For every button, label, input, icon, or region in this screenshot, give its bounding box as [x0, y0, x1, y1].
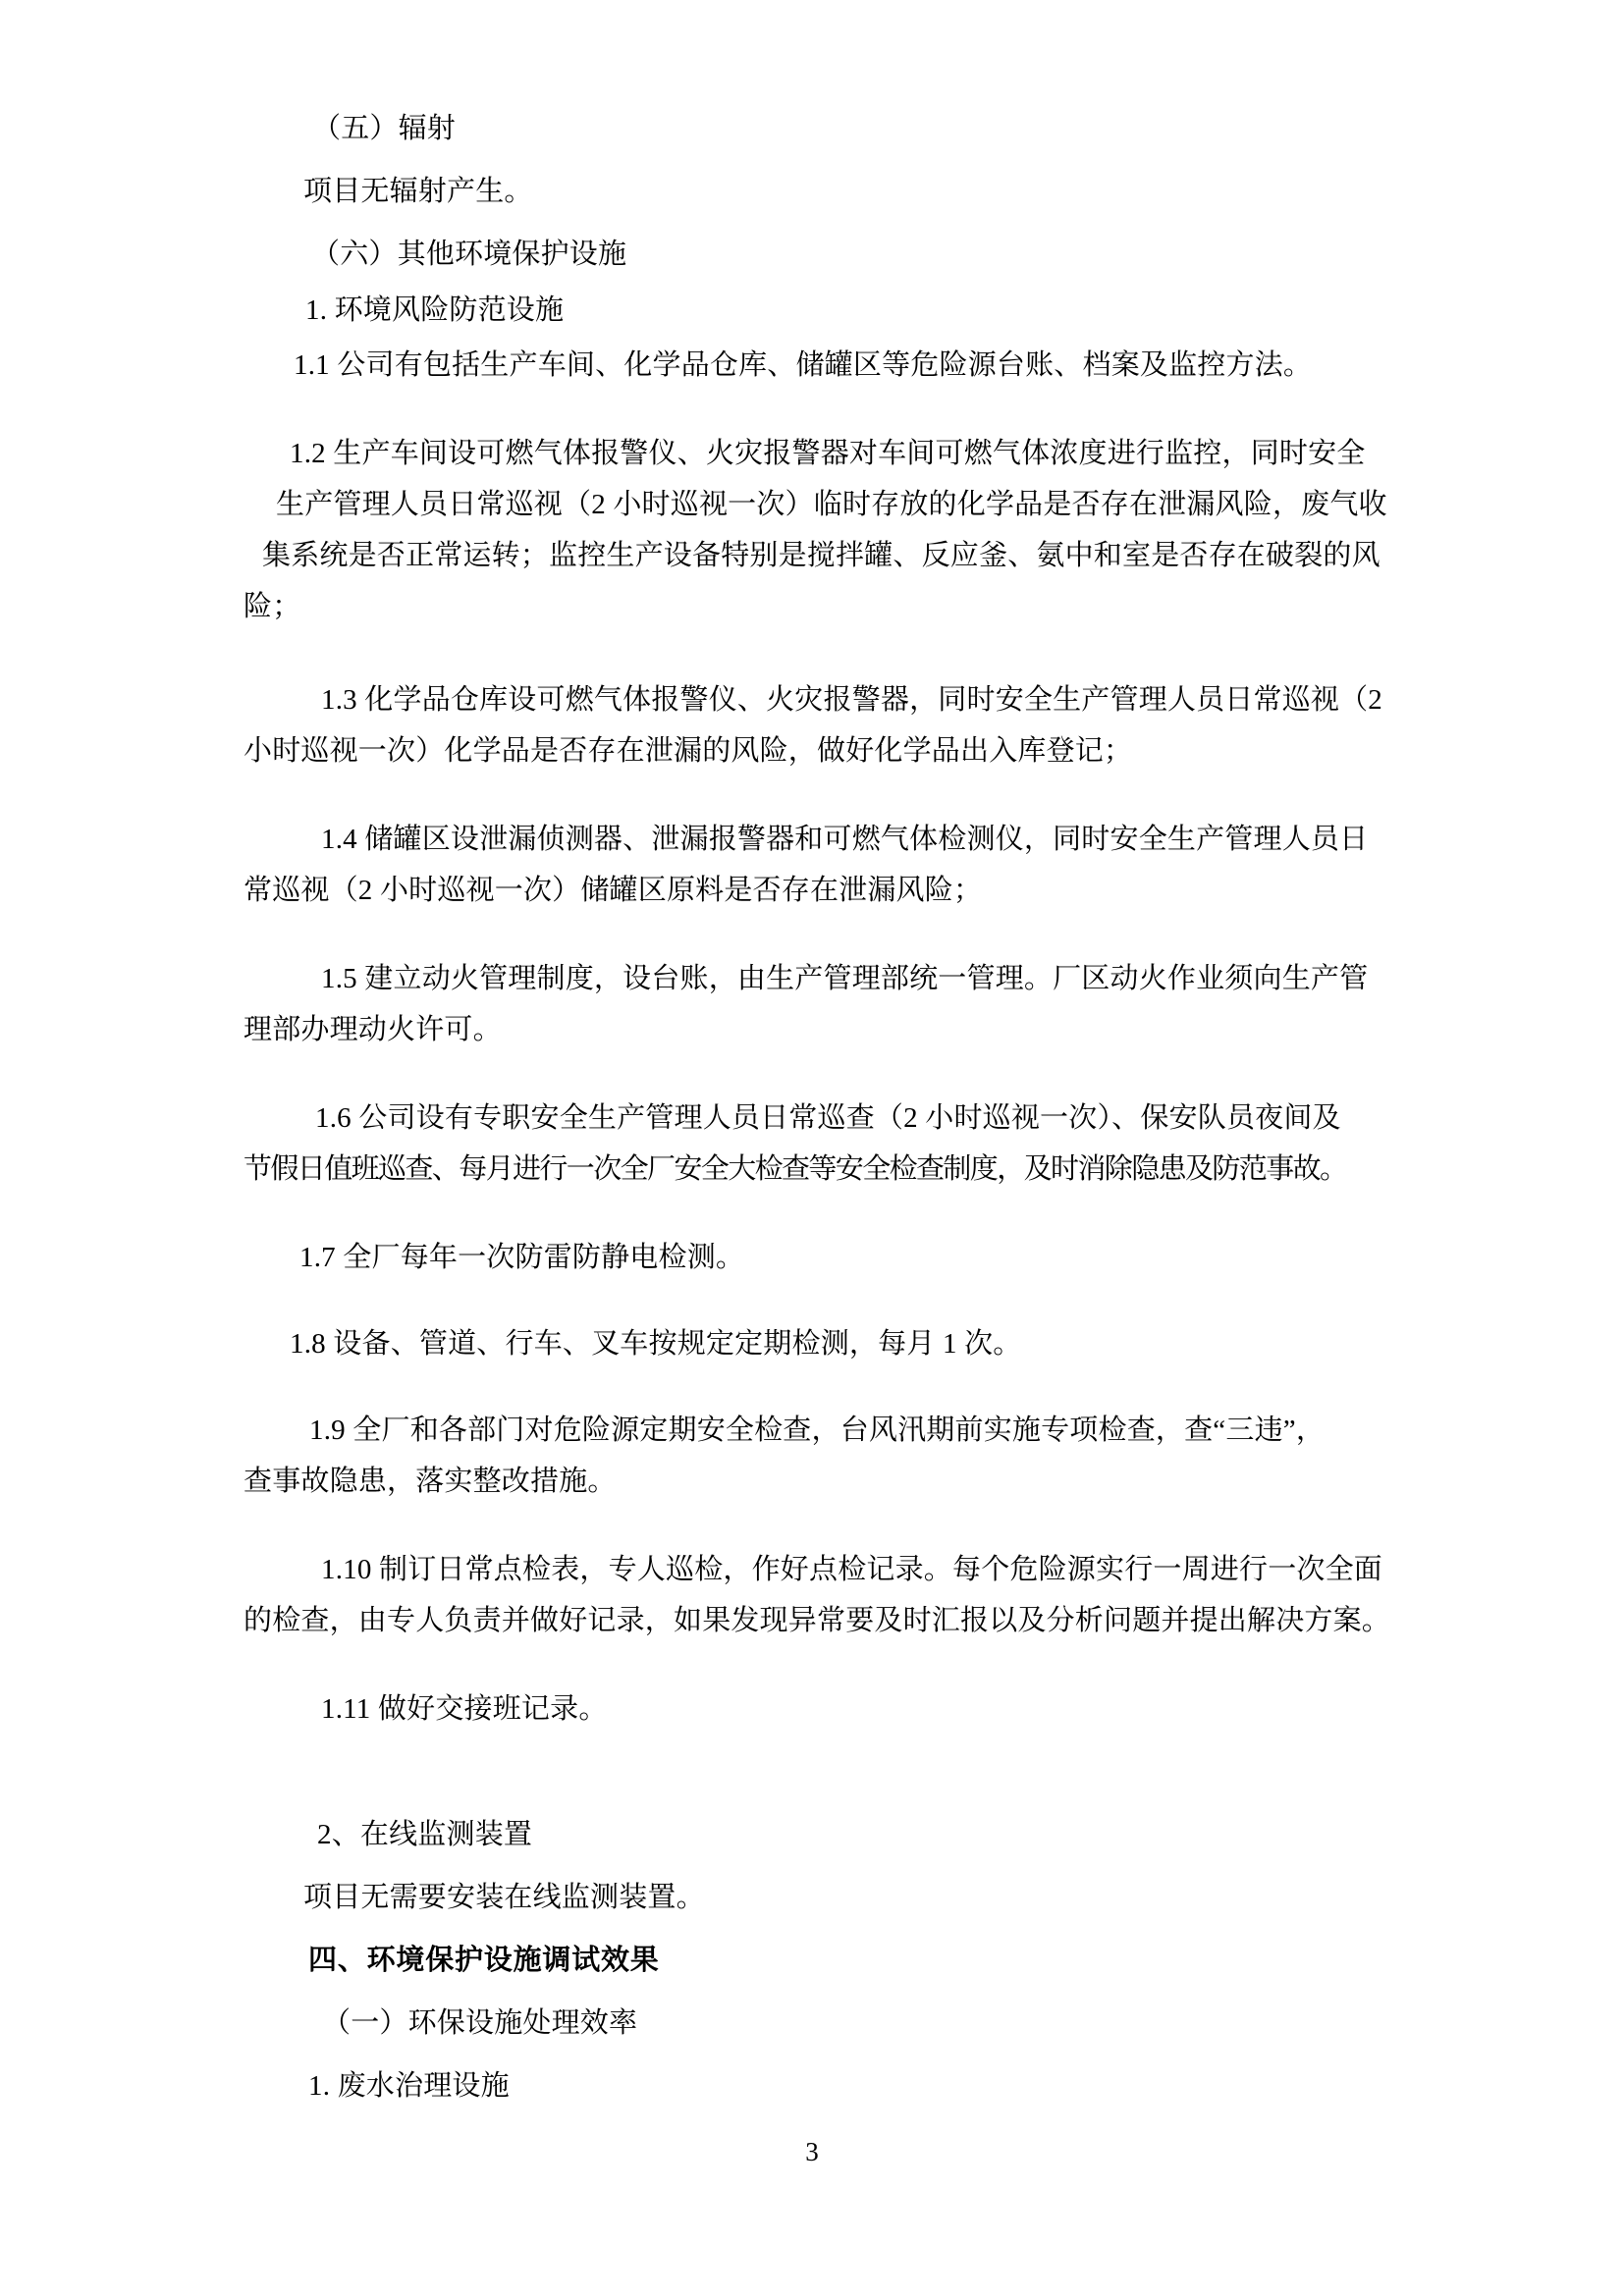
text-line: （一）环保设施处理效率 [244, 1998, 1380, 2049]
text-line: 1. 环境风险防范设施 [244, 285, 1380, 336]
page-content: （五）辐射 项目无辐射产生。 （六）其他环境保护设施 1. 环境风险防范设施 1… [244, 103, 1380, 2111]
section-heading: 四、环境保护设施调试效果 [244, 1935, 1380, 1986]
text-line: 1.10 制订日常点检表，专人巡检，作好点检记录。每个危险源实行一周进行一次全面 [244, 1544, 1380, 1595]
paragraph-1-3: 1.3 化学品仓库设可燃气体报警仪、火灾报警器，同时安全生产管理人员日常巡视（2… [244, 674, 1380, 776]
heading-section-4-debugging-effect: 四、环境保护设施调试效果 [244, 1935, 1380, 1986]
text-line: 节假日值班巡查、每月进行一次全厂安全大检查等安全检查制度，及时消除隐患及防范事故… [244, 1144, 1380, 1195]
paragraph-1-10: 1.10 制订日常点检表，专人巡检，作好点检记录。每个危险源实行一周进行一次全面… [244, 1544, 1380, 1646]
document-page: （五）辐射 项目无辐射产生。 （六）其他环境保护设施 1. 环境风险防范设施 1… [0, 0, 1624, 2296]
paragraph-1-6: 1.6 公司设有专职安全生产管理人员日常巡查（2 小时巡视一次）、保安队员夜间及… [244, 1093, 1380, 1195]
text-line: 1. 废水治理设施 [244, 2060, 1380, 2111]
text-line: 项目无需要安装在线监测装置。 [244, 1872, 1380, 1923]
text-line: 险； [244, 581, 1380, 632]
text-line: 生产管理人员日常巡视（2 小时巡视一次）临时存放的化学品是否存在泄漏风险，废气收 [244, 479, 1380, 530]
text-line: 项目无辐射产生。 [244, 166, 1380, 217]
paragraph-1-7: 1.7 全厂每年一次防雷防静电检测。 [244, 1232, 1380, 1283]
text-line: 1.3 化学品仓库设可燃气体报警仪、火灾报警器，同时安全生产管理人员日常巡视（2 [244, 674, 1380, 725]
heading-online-monitoring: 2、在线监测装置 [244, 1809, 1380, 1860]
text-line: 1.4 储罐区设泄漏侦测器、泄漏报警器和可燃气体检测仪，同时安全生产管理人员日 [244, 814, 1380, 865]
text-line: 集系统是否正常运转；监控生产设备特别是搅拌罐、反应釜、氨中和室是否存在破裂的风 [244, 530, 1380, 581]
paragraph-1-9: 1.9 全厂和各部门对危险源定期安全检查，台风汛期前实施专项检查，查“三违”， … [244, 1405, 1380, 1507]
text-line: 常巡视（2 小时巡视一次）储罐区原料是否存在泄漏风险； [244, 865, 1380, 916]
heading-section-5-radiation: （五）辐射 [244, 103, 1380, 154]
heading-risk-prevention-facilities: 1. 环境风险防范设施 [244, 285, 1380, 336]
paragraph-1-4: 1.4 储罐区设泄漏侦测器、泄漏报警器和可燃气体检测仪，同时安全生产管理人员日 … [244, 814, 1380, 916]
text-line: 查事故隐患，落实整改措施。 [244, 1456, 1380, 1507]
text-line: 1.2 生产车间设可燃气体报警仪、火灾报警器对车间可燃气体浓度进行监控，同时安全 [244, 428, 1380, 479]
text-line: （六）其他环境保护设施 [244, 229, 1380, 280]
text-line: 1.6 公司设有专职安全生产管理人员日常巡查（2 小时巡视一次）、保安队员夜间及 [244, 1093, 1380, 1144]
heading-section-6-other-facilities: （六）其他环境保护设施 [244, 229, 1380, 280]
paragraph-no-online-monitoring: 项目无需要安装在线监测装置。 [244, 1872, 1380, 1923]
text-line: 的检查，由专人负责并做好记录，如果发现异常要及时汇报以及分析问题并提出解决方案。 [244, 1595, 1380, 1646]
text-line: 1.7 全厂每年一次防雷防静电检测。 [244, 1232, 1380, 1283]
paragraph-no-radiation: 项目无辐射产生。 [244, 166, 1380, 217]
text-line: 1.11 做好交接班记录。 [244, 1683, 1380, 1735]
text-line: 1.8 设备、管道、行车、叉车按规定定期检测，每月 1 次。 [244, 1318, 1380, 1369]
paragraph-1-2: 1.2 生产车间设可燃气体报警仪、火灾报警器对车间可燃气体浓度进行监控，同时安全… [244, 428, 1380, 632]
text-line: 小时巡视一次）化学品是否存在泄漏的风险，做好化学品出入库登记； [244, 725, 1380, 776]
text-line: 1.1 公司有包括生产车间、化学品仓库、储罐区等危险源台账、档案及监控方法。 [244, 340, 1380, 391]
text-line: 理部办理动火许可。 [244, 1004, 1380, 1055]
heading-wastewater-facilities: 1. 废水治理设施 [244, 2060, 1380, 2111]
paragraph-1-11: 1.11 做好交接班记录。 [244, 1683, 1380, 1735]
page-number: 3 [0, 2136, 1624, 2167]
text-line: （五）辐射 [244, 103, 1380, 154]
paragraph-1-1: 1.1 公司有包括生产车间、化学品仓库、储罐区等危险源台账、档案及监控方法。 [244, 340, 1380, 391]
heading-treatment-efficiency: （一）环保设施处理效率 [244, 1998, 1380, 2049]
paragraph-1-8: 1.8 设备、管道、行车、叉车按规定定期检测，每月 1 次。 [244, 1318, 1380, 1369]
text-line: 1.9 全厂和各部门对危险源定期安全检查，台风汛期前实施专项检查，查“三违”， [244, 1405, 1380, 1456]
text-line: 2、在线监测装置 [244, 1809, 1380, 1860]
paragraph-1-5: 1.5 建立动火管理制度，设台账，由生产管理部统一管理。厂区动火作业须向生产管 … [244, 953, 1380, 1055]
text-line: 1.5 建立动火管理制度，设台账，由生产管理部统一管理。厂区动火作业须向生产管 [244, 953, 1380, 1004]
